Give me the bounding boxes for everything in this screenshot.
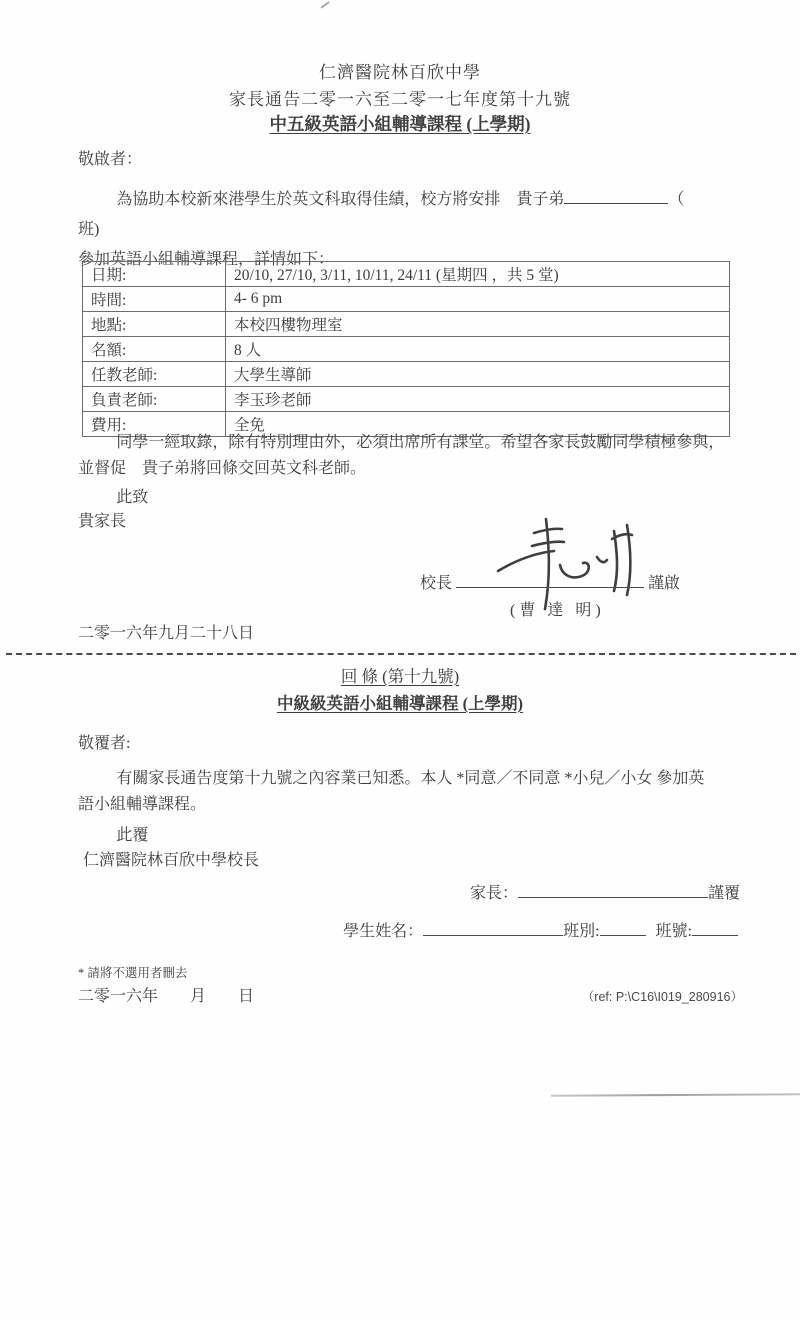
reply-slip-heading: 回 條 (第十九號) xyxy=(0,663,800,687)
table-row: 負責老師:李玉珍老師 xyxy=(83,387,730,412)
principal-label: 校長 xyxy=(420,575,452,592)
closing-salute: 此致 xyxy=(78,486,148,510)
parent-signature-line: 家長：謹覆 xyxy=(470,880,740,903)
paragraph-2-line-2: 並督促 貴子弟將回條交回英文科老師。 xyxy=(78,456,743,482)
parent-suffix: 謹覆 xyxy=(708,885,740,902)
reply-date-line: 二零一六年 月 日 xyxy=(78,983,254,1006)
parent-signature-blank xyxy=(518,881,708,898)
file-reference: （ref: P:\C16\I019_280916） xyxy=(582,987,743,1005)
student-name-label: 學生姓名： xyxy=(343,923,423,940)
paragraph-1-line-1: 為協助本校新來港學生於英文科取得佳績，校方將安排 貴子弟（班) xyxy=(78,185,738,245)
table-row: 地點:本校四樓物理室 xyxy=(83,312,730,337)
reply-salutation: 敬覆者: xyxy=(78,730,130,753)
reply-slip-title: 中級級英語小組輔導課程 (上學期) xyxy=(0,690,800,714)
reply-body: 有關家長通告度第十九號之內容業已知悉。本人 *同意／不同意 *小兒／小女 參加英… xyxy=(78,766,743,818)
child-name-blank xyxy=(564,187,668,204)
principal-signature-blank xyxy=(456,571,644,588)
reply-body-line-1: 有關家長通告度第十九號之內容業已知悉。本人 *同意／不同意 *小兒／小女 參加英 xyxy=(78,766,743,792)
school-name: 仁濟醫院林百欣中學 xyxy=(0,58,800,83)
paragraph-2-line-1: 同學一經取錄，除有特別理由外，必須出席所有課堂。希望各家長鼓勵同學積極參與， xyxy=(78,430,743,456)
reply-closing-addressee: 仁濟醫院林百欣中學校長 xyxy=(78,848,259,873)
class-label: 班別: xyxy=(563,923,599,940)
scan-artifact-mark xyxy=(320,1,329,8)
letter-date: 二零一六年九月二十八日 xyxy=(78,620,254,643)
principal-printed-name: (曹 達 明) xyxy=(510,597,605,620)
scan-artifact-page-edge xyxy=(551,1093,800,1096)
student-name-blank xyxy=(423,919,563,936)
closing-addressee: 貴家長 xyxy=(78,510,148,534)
letter-closing: 此致 貴家長 xyxy=(78,486,148,534)
delete-option-footnote: * 請將不選用者刪去 xyxy=(78,963,187,981)
class-blank xyxy=(600,919,646,936)
letter-salutation: 敬啟者： xyxy=(78,146,142,169)
course-details-table: 日期:20/10, 27/10, 3/11, 10/11, 24/11 (星期四… xyxy=(82,261,730,437)
principal-suffix: 謹啟 xyxy=(648,575,680,592)
reply-closing-salute: 此覆 xyxy=(78,823,259,848)
notice-number-line: 家長通告二零一六至二零一七年度第十九號 xyxy=(0,85,800,110)
document-title: 中五級英語小組輔導課程 (上學期) xyxy=(0,111,800,136)
class-no-label: 班號: xyxy=(656,923,692,940)
class-no-blank xyxy=(692,919,738,936)
principal-sign-line: 校長謹啟 xyxy=(420,570,680,593)
table-row: 任教老師:大學生導師 xyxy=(83,362,730,387)
reply-closing: 此覆 仁濟醫院林百欣中學校長 xyxy=(78,823,259,873)
table-row: 時間:4- 6 pm xyxy=(83,287,730,312)
table-row: 日期:20/10, 27/10, 3/11, 10/11, 24/11 (星期四… xyxy=(83,262,730,287)
letter-paragraph-2: 同學一經取錄，除有特別理由外，必須出席所有課堂。希望各家長鼓勵同學積極參與， 並… xyxy=(78,430,743,482)
table-row: 名額:8 人 xyxy=(83,337,730,362)
tear-off-dashed-line xyxy=(6,653,796,655)
scanned-notice-page: 仁濟醫院林百欣中學 家長通告二零一六至二零一七年度第十九號 中五級英語小組輔導課… xyxy=(0,0,800,1319)
student-info-line: 學生姓名：班別:班號: xyxy=(343,918,738,941)
reply-body-line-2: 語小組輔導課程。 xyxy=(78,792,743,818)
parent-label: 家長： xyxy=(470,885,518,902)
